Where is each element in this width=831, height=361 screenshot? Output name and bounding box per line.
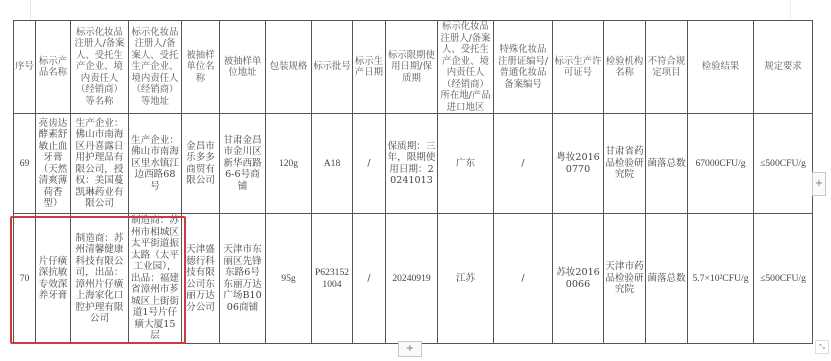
cell-registrant-name: 制造商：苏州清馨健康科技有限公司，出品：漳州片仔癀上海家化口腔护理有限公司 bbox=[71, 214, 129, 344]
add-column-button[interactable]: + bbox=[812, 172, 826, 196]
cell-location: 广东 bbox=[438, 114, 494, 214]
cell-lab: 天津市药品检验研究院 bbox=[604, 214, 646, 344]
header-registrant-address: 标示化妆品注册人/备案人、受托生产企业、境内责任人（经销商）等地址 bbox=[129, 21, 182, 114]
cell-expiry: 20240919 bbox=[386, 214, 438, 344]
cell-failed-item: 菌落总数 bbox=[646, 114, 688, 214]
header-license-no: 标示生产许可证号 bbox=[553, 21, 604, 114]
cell-registrant-name: 生产企业：佛山市南海区丹喜露日用护理品有限公司，授权：美国蔓凯琳药业有限公司 bbox=[71, 114, 129, 214]
cell-package: 95g bbox=[266, 214, 312, 344]
header-prod-date: 标示生产日期 bbox=[353, 21, 386, 114]
cell-requirement: ≤500CFU/g bbox=[754, 214, 813, 344]
cell-license-no: 苏妆20160066 bbox=[553, 214, 604, 344]
cell-filing-no: / bbox=[494, 214, 553, 344]
cell-lab: 甘肃省药品检验研究院 bbox=[604, 114, 646, 214]
cell-package: 120g bbox=[266, 114, 312, 214]
cell-sampled-address: 甘肃金昌市金川区新华西路6-6号商铺 bbox=[220, 114, 266, 214]
cell-batch: P6231521004 bbox=[312, 214, 353, 344]
cell-expiry: 保质期：三年，限期使用日期：20241013 bbox=[386, 114, 438, 214]
table-row: 69 亮齿达酵素舒敏止血牙膏（天然清爽薄荷香型） 生产企业：佛山市南海区丹喜露日… bbox=[14, 114, 813, 214]
cell-prod-date: / bbox=[353, 114, 386, 214]
header-expiry: 标示限期使用日期/保质期 bbox=[386, 21, 438, 114]
header-seq: 序号 bbox=[14, 21, 36, 114]
header-registrant-name: 标示化妆品注册人/备案人、受托生产企业、境内责任人（经销商）等名称 bbox=[71, 21, 129, 114]
cell-location: 江苏 bbox=[438, 214, 494, 344]
header-result: 检验结果 bbox=[688, 21, 754, 114]
header-lab: 检验机构名称 bbox=[604, 21, 646, 114]
cell-license-no: 粤妆20160770 bbox=[553, 114, 604, 214]
header-sampled-address: 被抽样单位地址 bbox=[220, 21, 266, 114]
cell-sampled-address: 天津市东丽区先锋东路6号东丽万达广场B1006商铺 bbox=[220, 214, 266, 344]
cell-registrant-address: 生产企业：佛山市南海区里水镇江边西路68号 bbox=[129, 114, 182, 214]
table-header-row: 序号 标示产品名称 标示化妆品注册人/备案人、受托生产企业、境内责任人（经销商）… bbox=[14, 21, 813, 114]
cell-batch: A18 bbox=[312, 114, 353, 214]
cell-failed-item: 菌落总数 bbox=[646, 214, 688, 344]
cell-prod-date: / bbox=[353, 214, 386, 344]
header-filing-no: 特殊化妆品注册证编号/普通化妆品备案编号 bbox=[494, 21, 553, 114]
cell-result: 67000CFU/g bbox=[688, 114, 754, 214]
cell-seq: 70 bbox=[14, 214, 36, 344]
cell-seq: 69 bbox=[14, 114, 36, 214]
cell-registrant-address: 制造商：苏州市相城区太平街道振太路（太平工业园），出品：福建省漳州市芗城区上街街… bbox=[129, 214, 182, 344]
header-location: 标示化妆品注册人/备案人、受托生产企业、境内责任人（经销商）所在地/产品进口地区 bbox=[438, 21, 494, 114]
inspection-results-table: 序号 标示产品名称 标示化妆品注册人/备案人、受托生产企业、境内责任人（经销商）… bbox=[13, 20, 813, 344]
add-row-button[interactable]: + bbox=[398, 341, 422, 357]
header-product: 标示产品名称 bbox=[36, 21, 71, 114]
cell-sampled-unit: 金昌市乐多多商贸有限公司 bbox=[182, 114, 220, 214]
page-margin-line bbox=[30, 0, 31, 20]
header-failed-item: 不符合规定项目 bbox=[646, 21, 688, 114]
table-row: 70 片仔癀深抗敏专效深养牙膏 制造商：苏州清馨健康科技有限公司，出品：漳州片仔… bbox=[14, 214, 813, 344]
header-batch: 标示批号 bbox=[312, 21, 353, 114]
table-resize-handle-icon[interactable]: ⤡ bbox=[815, 340, 829, 354]
cell-filing-no: / bbox=[494, 114, 553, 214]
cell-requirement: ≤500CFU/g bbox=[754, 114, 813, 214]
header-sampled-unit: 被抽样单位名称 bbox=[182, 21, 220, 114]
page-margin-line bbox=[790, 0, 791, 20]
cell-product: 亮齿达酵素舒敏止血牙膏（天然清爽薄荷香型） bbox=[36, 114, 71, 214]
cell-product: 片仔癀深抗敏专效深养牙膏 bbox=[36, 214, 71, 344]
header-package: 包装规格 bbox=[266, 21, 312, 114]
header-requirement: 规定要求 bbox=[754, 21, 813, 114]
cell-result: 5.7×10²CFU/g bbox=[688, 214, 754, 344]
cell-sampled-unit: 天津盛德行科技有限公司东丽万达分公司 bbox=[182, 214, 220, 344]
